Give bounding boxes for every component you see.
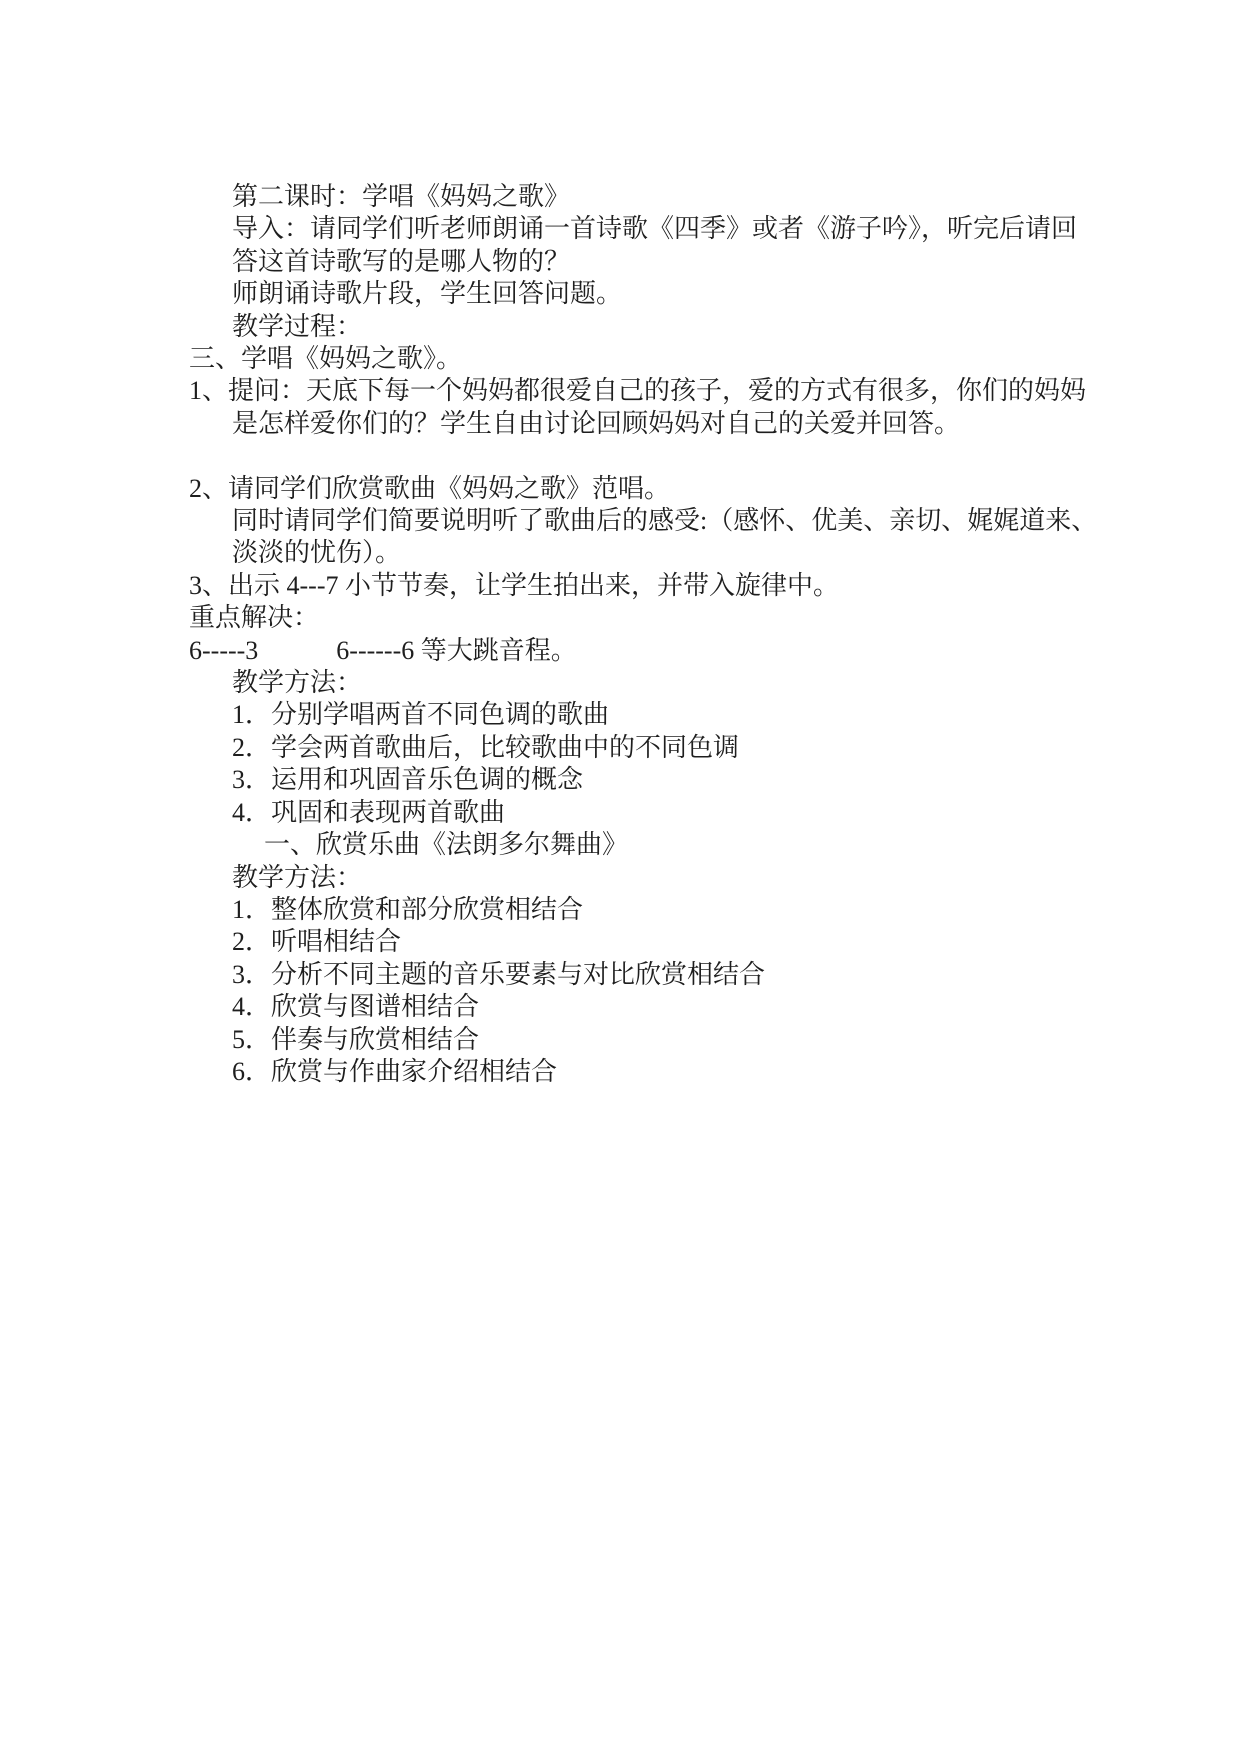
doc-blank-line: [189, 440, 1186, 472]
doc-line: 教学方法：: [189, 667, 1186, 699]
doc-line: 4．欣赏与图谱相结合: [189, 991, 1186, 1023]
doc-line: 6-----3 6------6 等大跳音程。: [189, 635, 1186, 667]
doc-line: 1、提问：天底下每一个妈妈都很爱自己的孩子，爱的方式有很多，你们的妈妈: [189, 375, 1186, 407]
doc-line: 3．运用和巩固音乐色调的概念: [189, 764, 1186, 796]
doc-line: 2．学会两首歌曲后，比较歌曲中的不同色调: [189, 732, 1186, 764]
doc-line: 2．听唱相结合: [189, 926, 1186, 958]
doc-line: 导入：请同学们听老师朗诵一首诗歌《四季》或者《游子吟》，听完后请回: [189, 213, 1186, 245]
doc-line: 一、欣赏乐曲《法朗多尔舞曲》: [189, 829, 1186, 861]
doc-line: 是怎样爱你们的？学生自由讨论回顾妈妈对自己的关爱并回答。: [189, 408, 1186, 440]
lesson-plan-page: 第二课时：学唱《妈妈之歌》 导入：请同学们听老师朗诵一首诗歌《四季》或者《游子吟…: [0, 0, 1241, 1754]
doc-line: 同时请同学们简要说明听了歌曲后的感受:（感怀、优美、亲切、娓娓道来、: [189, 505, 1186, 537]
doc-line: 师朗诵诗歌片段，学生回答问题。: [189, 278, 1186, 310]
doc-line: 淡淡的忧伤）。: [189, 537, 1186, 569]
doc-line: 5．伴奏与欣赏相结合: [189, 1024, 1186, 1056]
doc-line: 答这首诗歌写的是哪人物的？: [189, 246, 1186, 278]
doc-line: 第二课时：学唱《妈妈之歌》: [189, 181, 1186, 213]
doc-line: 3、出示 4---7 小节节奏，让学生拍出来，并带入旋律中。: [189, 570, 1186, 602]
doc-line: 教学过程：: [189, 311, 1186, 343]
lesson-plan-document: 第二课时：学唱《妈妈之歌》 导入：请同学们听老师朗诵一首诗歌《四季》或者《游子吟…: [189, 181, 1186, 1088]
doc-line: 2、请同学们欣赏歌曲《妈妈之歌》范唱。: [189, 473, 1186, 505]
doc-line: 6．欣赏与作曲家介绍相结合: [189, 1056, 1186, 1088]
doc-line: 4．巩固和表现两首歌曲: [189, 797, 1186, 829]
doc-line: 三、学唱《妈妈之歌》。: [189, 343, 1186, 375]
doc-line: 教学方法：: [189, 862, 1186, 894]
doc-line: 3．分析不同主题的音乐要素与对比欣赏相结合: [189, 959, 1186, 991]
doc-line: 1．整体欣赏和部分欣赏相结合: [189, 894, 1186, 926]
doc-line: 1．分别学唱两首不同色调的歌曲: [189, 699, 1186, 731]
doc-line: 重点解决：: [189, 602, 1186, 634]
